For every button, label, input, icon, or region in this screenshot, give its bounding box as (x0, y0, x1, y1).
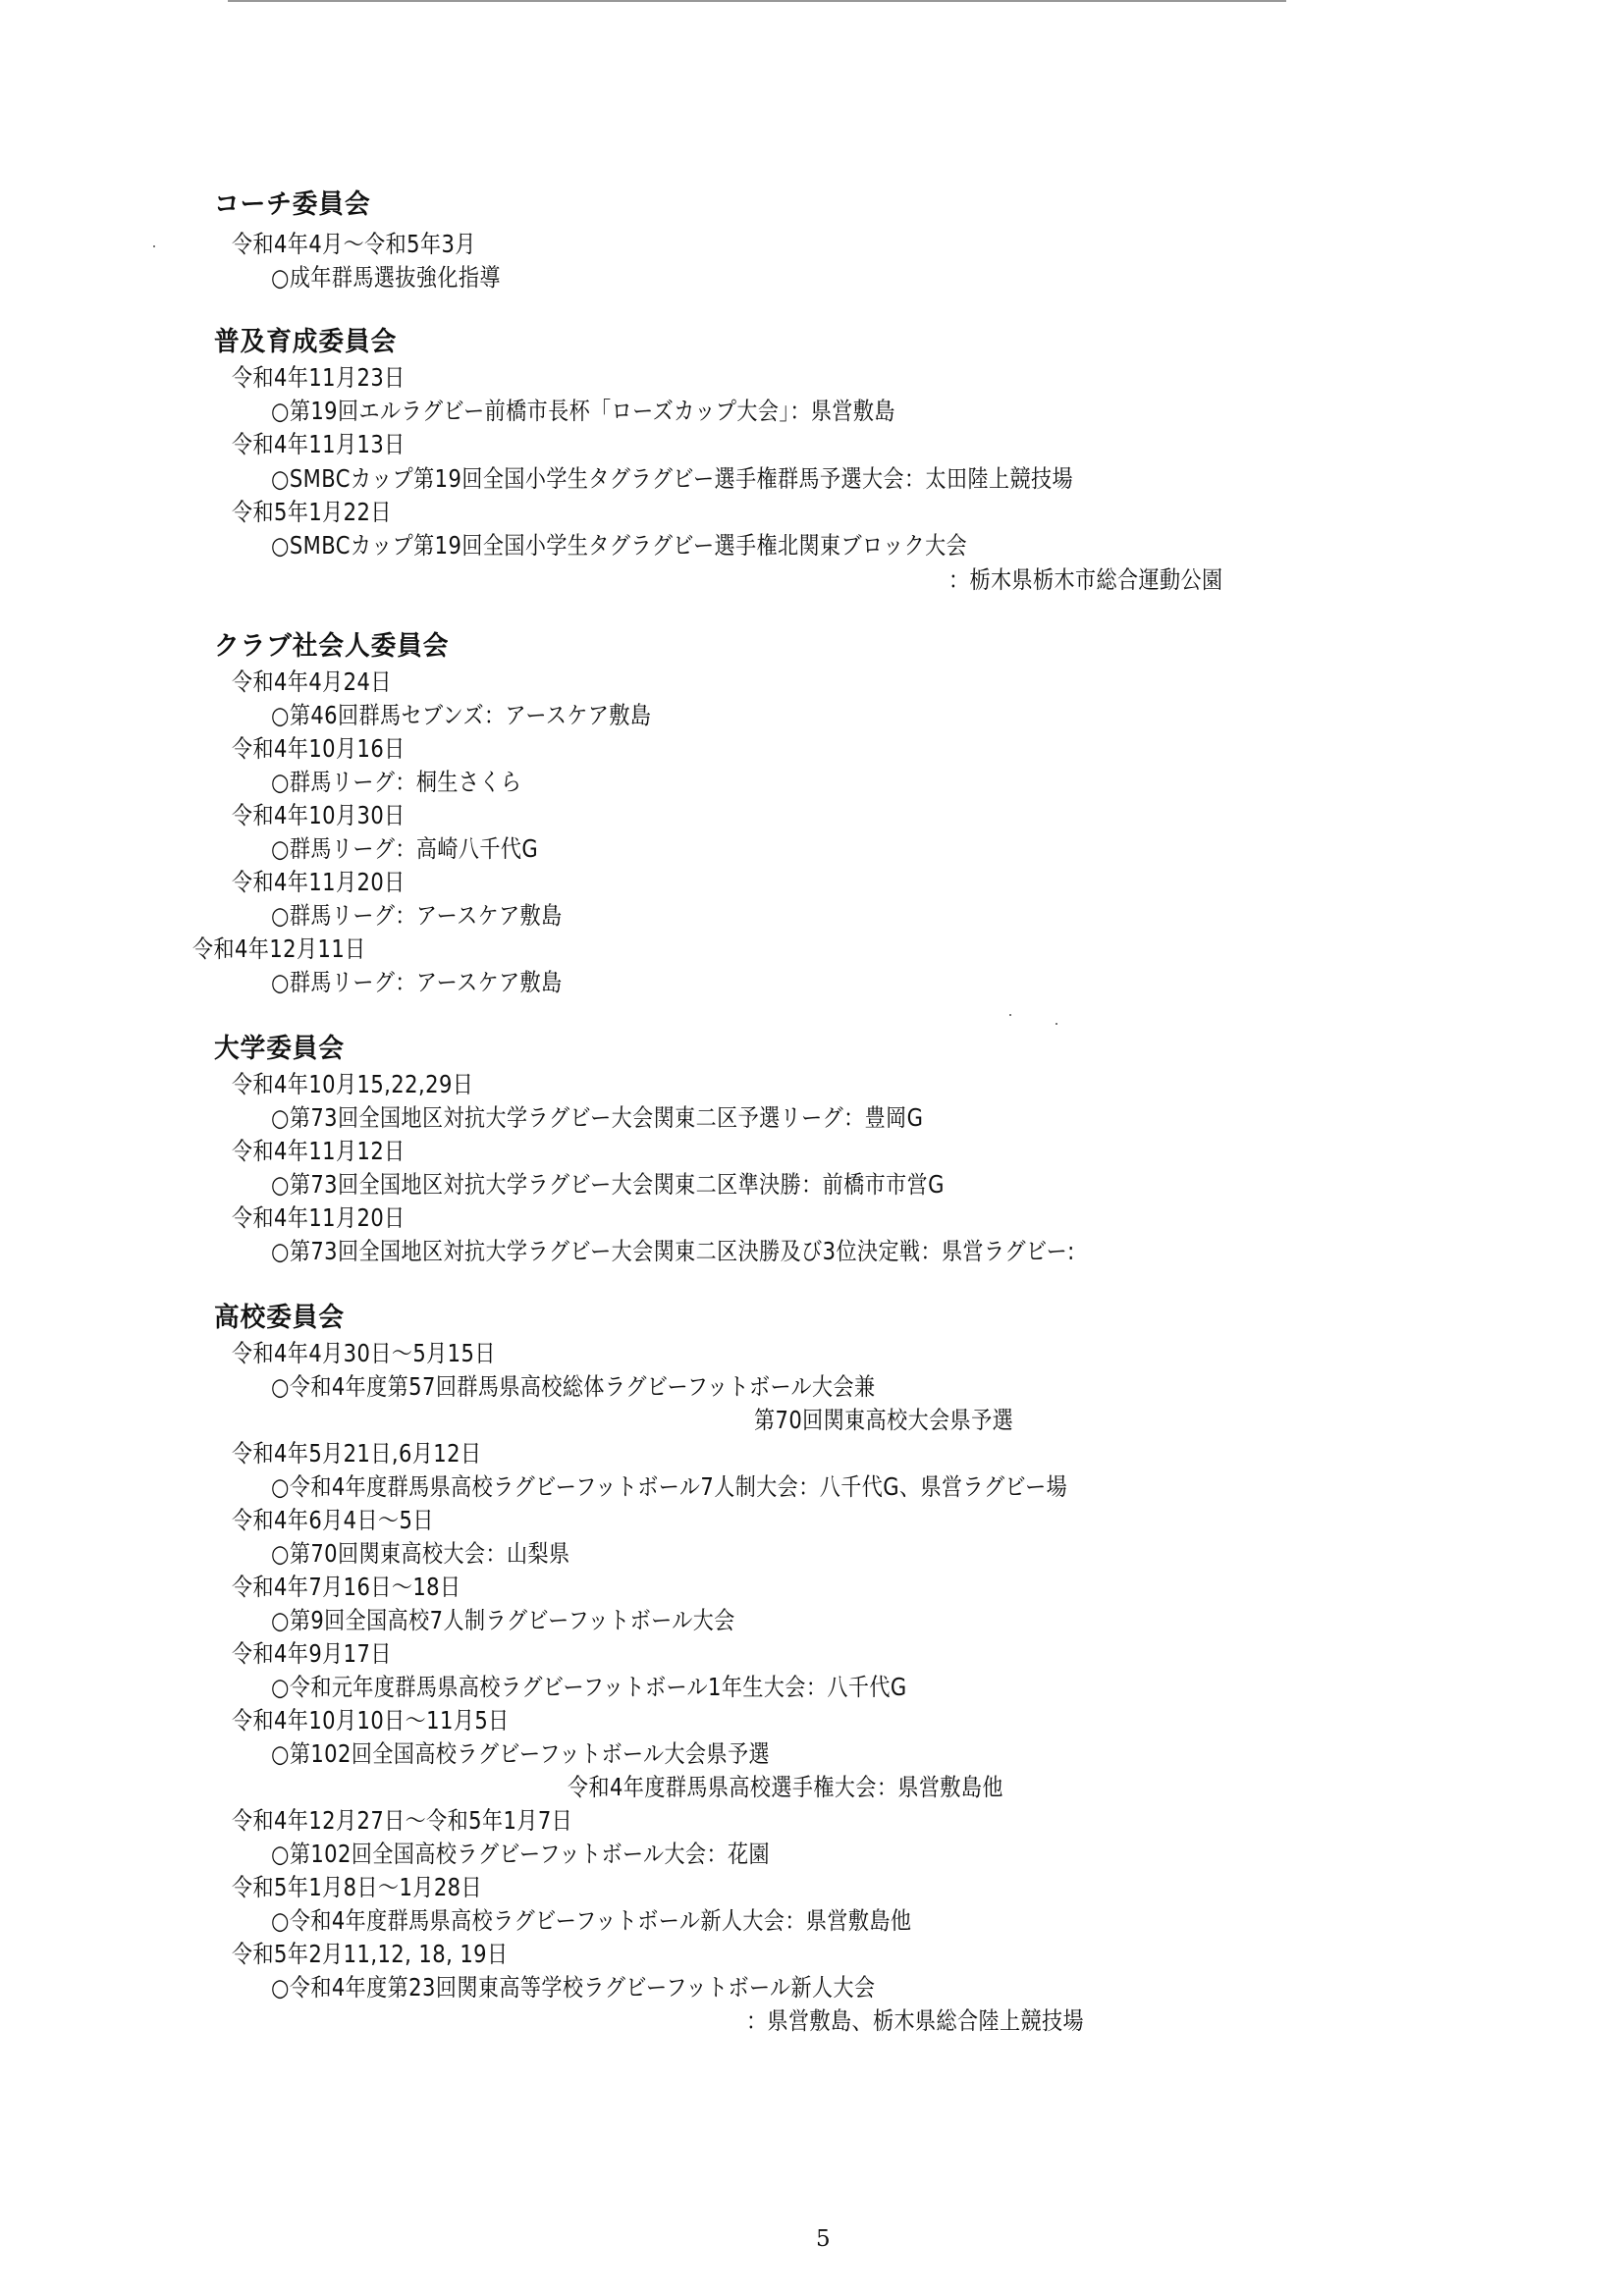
event-date: 令和4年12月11日 (192, 934, 366, 964)
event-date: 令和5年1月8日～1月28日 (232, 1873, 482, 1902)
event-date: 令和4年10月15,22,29日 (232, 1070, 473, 1099)
event-item: ○SMBCカップ第19回全国小学生タグラグビー選手権群馬予選大会：太田陸上競技場 (271, 464, 1073, 494)
event-item: ○令和元年度群馬県高校ラグビーフットボール1年生大会：八千代G (271, 1673, 907, 1702)
event-item: ○第70回関東高校大会：山梨県 (271, 1539, 569, 1569)
section-heading: 高校委員会 (214, 1304, 345, 1333)
event-date: 令和5年2月11,12, 18, 19日 (232, 1940, 509, 1969)
event-item: ○成年群馬選抜強化指導 (271, 263, 501, 293)
event-item: ○令和4年度群馬県高校ラグビーフットボール7人制大会：八千代G、県営ラグビー場 (271, 1472, 1067, 1502)
event-item: ○群馬リーグ：高崎八千代G (271, 834, 538, 864)
event-item-continuation: 令和4年度群馬県高校選手権大会：県営敷島他 (568, 1773, 1003, 1802)
event-item: ○第102回全国高校ラグビーフットボール大会：花園 (271, 1840, 770, 1869)
event-date: 令和4年11月20日 (232, 868, 406, 897)
event-date: 令和4年4月30日～5月15日 (232, 1339, 496, 1368)
event-item-continuation: ：栃木県栃木市総合運動公園 (948, 565, 1223, 595)
event-item: ○第19回エルラグビー前橋市長杯「ローズカップ大会」：県営敷島 (271, 397, 895, 426)
event-date: 令和4年10月16日 (232, 734, 406, 764)
event-date: 令和4年11月20日 (232, 1203, 406, 1233)
event-date: 令和5年1月22日 (232, 498, 392, 527)
page-number: 5 (816, 2226, 831, 2252)
event-item: ○第73回全国地区対抗大学ラグビー大会関東二区予選リーグ：豊岡G (271, 1103, 923, 1133)
event-item: ○令和4年度第23回関東高等学校ラグビーフットボール新人大会 (271, 1973, 876, 2002)
event-item: ○群馬リーグ：アースケア敷島 (271, 901, 563, 931)
event-date: 令和4年4月24日 (232, 667, 392, 697)
event-item: ○SMBCカップ第19回全国小学生タグラグビー選手権北関東ブロック大会 (271, 531, 967, 561)
event-date: 令和4年5月21日,6月12日 (232, 1439, 481, 1468)
event-item: ○令和4年度群馬県高校ラグビーフットボール新人大会：県営敷島他 (271, 1906, 911, 1936)
event-item: ○第46回群馬セブンズ：アースケア敷島 (271, 701, 651, 730)
event-date: 令和4年11月13日 (232, 430, 406, 459)
event-item: ○第73回全国地区対抗大学ラグビー大会関東二区決勝及び3位決定戦：県営ラグビー: (271, 1237, 1075, 1266)
section-heading: 普及育成委員会 (214, 328, 397, 357)
scan-speck (1009, 1014, 1011, 1016)
section-heading: コーチ委員会 (214, 190, 371, 220)
event-date: 令和4年11月12日 (232, 1137, 406, 1166)
scan-edge-line (228, 0, 1286, 2)
event-date: 令和4年11月23日 (232, 363, 406, 393)
event-item: ○第73回全国地区対抗大学ラグビー大会関東二区準決勝：前橋市市営G (271, 1170, 945, 1200)
event-date: 令和4年6月4日～5日 (232, 1506, 434, 1535)
event-item-continuation: 第70回関東高校大会県予選 (754, 1406, 1013, 1435)
event-date: 令和4年7月16日～18日 (232, 1573, 461, 1602)
event-item: ○第9回全国高校7人制ラグビーフットボール大会 (271, 1606, 735, 1635)
event-item: ○群馬リーグ：桐生さくら (271, 768, 521, 797)
event-item: ○令和4年度第57回群馬県高校総体ラグビーフットボール大会兼 (271, 1372, 876, 1402)
event-item-continuation: ：県営敷島、栃木県総合陸上競技場 (746, 2006, 1084, 2036)
event-item: ○群馬リーグ：アースケア敷島 (271, 968, 563, 997)
event-date: 令和4年12月27日～令和5年1月7日 (232, 1806, 572, 1836)
event-date: 令和4年10月30日 (232, 801, 406, 830)
event-date: 令和4年10月10日～11月5日 (232, 1706, 510, 1735)
event-item: ○第102回全国高校ラグビーフットボール大会県予選 (271, 1739, 770, 1769)
event-date: 令和4年9月17日 (232, 1639, 392, 1669)
section-heading: クラブ社会人委員会 (214, 632, 449, 662)
event-date: 令和4年4月～令和5年3月 (232, 230, 476, 259)
scan-speck (153, 245, 155, 247)
scan-speck (1056, 1023, 1057, 1025)
section-heading: 大学委員会 (214, 1035, 345, 1064)
